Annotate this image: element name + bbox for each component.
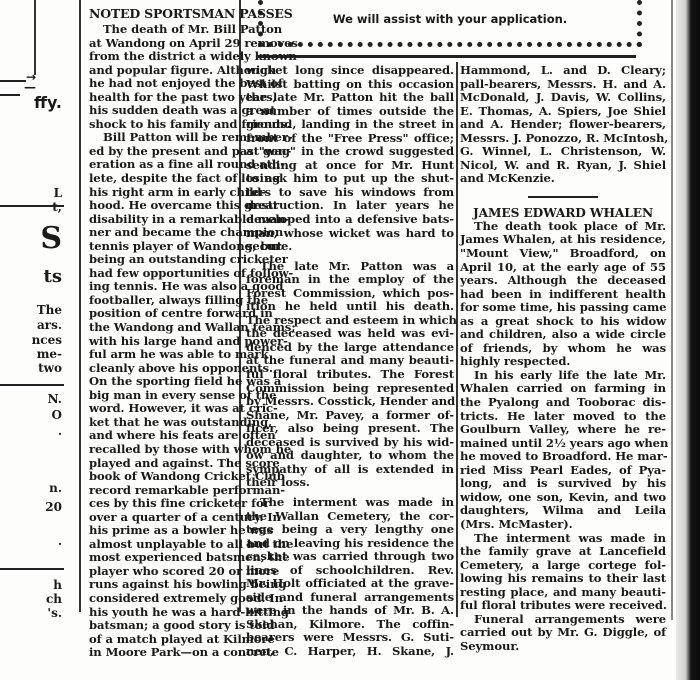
- text-fragment: n.: [49, 481, 62, 495]
- text-line: position of centre forward in: [89, 307, 239, 321]
- paragraph: The interment was made inthe Wallan Ceme…: [246, 496, 454, 659]
- text-line: ful arm he was able to mark: [89, 348, 239, 362]
- article-column-1: NOTED SPORTSMAN PASSES The death of Mr. …: [89, 6, 239, 660]
- text-line: lete, despite the fact of losing: [89, 172, 239, 186]
- text-line: book of Wandong Cricket Club: [89, 470, 239, 484]
- text-line: tricts. He later moved to the: [460, 410, 666, 424]
- text-line: highly respected.: [460, 355, 666, 369]
- text-line: Whilst batting on this occasion: [246, 78, 454, 92]
- arrow-rule: [0, 80, 26, 82]
- text-line: Seymour.: [460, 640, 666, 654]
- text-line: record remarkable performan-: [89, 484, 239, 498]
- text-line: ful floral tributes were received.: [460, 599, 666, 613]
- text-line: Skehan, Kilmore. The coffin-: [246, 618, 454, 632]
- text-line: tege being a very lengthy one: [246, 523, 454, 537]
- text-line: of a match played at Kilmore: [89, 633, 239, 647]
- text-fragment: ars.: [37, 318, 62, 332]
- text-line: ried Miss Pearl Eades, of Pya-: [460, 464, 666, 478]
- text-line: batsman; a good story is told: [89, 619, 239, 633]
- text-line: played and against. The score: [89, 457, 239, 471]
- text-fragment: ch: [46, 592, 62, 606]
- text-line: The death of Mr. Bill Patton: [89, 23, 239, 37]
- text-line: denced by the large attendance: [246, 341, 454, 355]
- text-fragment: 's.: [47, 606, 62, 620]
- text-line: ner and became the champion: [89, 226, 239, 240]
- text-line: bearers were Messrs. G. Suti-: [246, 631, 454, 645]
- text-line: sending at once for Mr. Hunt: [246, 159, 454, 173]
- text-line: The respect and esteem in which: [246, 314, 454, 328]
- text-line: ed by the present and past gen-: [89, 145, 239, 159]
- text-fragment: ts: [44, 270, 62, 284]
- text-fragment: The: [37, 303, 62, 317]
- text-line: word. However, it was at cric-: [89, 402, 239, 416]
- text-fragment: 20: [45, 500, 62, 514]
- article-column-3: Hammond, L. and D. Cleary;pall-bearers, …: [460, 64, 666, 653]
- paragraph: wicket long since disappeared.Whilst bat…: [246, 64, 454, 254]
- text-line: long, and is survived by his: [460, 477, 666, 491]
- text-line: The interment was made in: [246, 496, 454, 510]
- column-rule: [456, 62, 458, 617]
- text-line: his youth he was a hard-hitting: [89, 606, 239, 620]
- text-line: a number of times outside the: [246, 105, 454, 119]
- text-line: health for the past two years,: [89, 91, 239, 105]
- text-line: Cemetery, a large cortege fol-: [460, 559, 666, 573]
- text-line: pall-bearers, Messrs. H. and A.: [460, 78, 666, 92]
- text-line: ing tennis. He was also a good: [89, 280, 239, 294]
- text-line: Whalen carried on farming in: [460, 382, 666, 396]
- paragraph: The interment was made inthe family grav…: [460, 532, 666, 613]
- text-fragment: N.: [48, 392, 62, 406]
- text-fragment: me-: [37, 347, 62, 361]
- rule: [0, 568, 64, 570]
- text-line: in Moore Park—on a concrete: [89, 646, 239, 660]
- text-line: the Wallan Cemetery, the cor-: [246, 510, 454, 524]
- text-line: his prime as a bowler he was: [89, 524, 239, 538]
- text-line: nen, C. Harper, H. Skane, J.: [246, 645, 454, 659]
- text-line: ground, landing in the street in: [246, 118, 454, 132]
- text-line: wicket long since disappeared.: [246, 64, 454, 78]
- text-line: the family grave at Lancefield: [460, 545, 666, 559]
- text-line: considered extremely good. In: [89, 592, 239, 606]
- text-line: ition he held until his death.: [246, 300, 454, 314]
- article-continuation: Hammond, L. and D. Cleary;pall-bearers, …: [460, 64, 666, 186]
- text-line: In his early life the late Mr.: [460, 369, 666, 383]
- text-line: and children, also a wide circle: [460, 328, 666, 342]
- text-line: side and funeral arrangements: [246, 591, 454, 605]
- article-body: The death took place of Mr.James Whalen,…: [460, 220, 666, 654]
- text-line: ow and daughter, to whom the: [246, 449, 454, 463]
- article-column-2: wicket long since disappeared.Whilst bat…: [246, 64, 454, 659]
- text-line: and A. Hender; flower-bearers,: [460, 118, 666, 132]
- text-fragment: .: [58, 534, 62, 548]
- text-fragment: S: [40, 232, 62, 246]
- text-line: at Wandong on April 29 removes: [89, 37, 239, 51]
- text-line: being an outstanding cricketer: [89, 253, 239, 267]
- text-line: The late Mr. Patton was a: [246, 260, 454, 274]
- text-line: ket that he was outstanding,: [89, 416, 239, 430]
- text-line: Shane, Mr. Pavey, a former of-: [246, 409, 454, 423]
- text-line: player who scored 20 or more: [89, 565, 239, 579]
- text-line: most experienced batsmen, the: [89, 551, 239, 565]
- text-line: over a quarter of a century. In: [89, 511, 239, 525]
- text-line: Goulburn Valley, where he re-: [460, 423, 666, 437]
- text-line: the deceased was held was evi-: [246, 327, 454, 341]
- column-rule: [671, 0, 673, 620]
- text-line: the Pyalong and Tooborac dis-: [460, 396, 666, 410]
- text-line: sympathy of all is extended in: [246, 463, 454, 477]
- text-line: James Whalen, at his residence,: [460, 233, 666, 247]
- text-line: recalled by those with whom he: [89, 443, 239, 457]
- text-line: lines of schoolchildren. Rev.: [246, 564, 454, 578]
- text-line: years. Although the deceased: [460, 274, 666, 288]
- text-line: had few opportunities of follow-: [89, 267, 239, 281]
- text-line: Commission being represented: [246, 382, 454, 396]
- text-line: destruction. In later years he: [246, 199, 454, 213]
- text-line: "Mount View," Broadford, on: [460, 247, 666, 261]
- section-rule: [258, 55, 636, 58]
- paragraph: The death of Mr. Bill Pattonat Wandong o…: [89, 23, 239, 131]
- text-line: the Wandong and Wallan teams;: [89, 321, 239, 335]
- text-line: carried out by Mr. G. Diggle, of: [460, 626, 666, 640]
- text-fragment: O: [52, 408, 62, 422]
- text-line: runs against his bowling being: [89, 578, 239, 592]
- text-line: their loss.: [246, 476, 454, 490]
- text-line: cleanly above his opponents.: [89, 362, 239, 376]
- text-line: his sudden death was a great: [89, 104, 239, 118]
- advertisement-box: We will assist with your application.: [258, 0, 642, 47]
- article-separator-rule: [528, 196, 598, 198]
- rule: [0, 205, 64, 207]
- text-line: On the sporting field he was a: [89, 375, 239, 389]
- text-fragment: nces: [32, 333, 62, 347]
- article-body: The death of Mr. Bill Pattonat Wandong o…: [89, 23, 239, 660]
- text-line: secure.: [246, 240, 454, 254]
- column-rule: [79, 0, 81, 612]
- text-line: and McKenzie.: [460, 172, 666, 186]
- text-line: he moved to Broadford. He mar-: [460, 450, 666, 464]
- paragraph: The death took place of Mr.James Whalen,…: [460, 220, 666, 369]
- text-line: developed into a defensive bats-: [246, 213, 454, 227]
- text-line: Mr. Holt officiated at the grave-: [246, 577, 454, 591]
- text-line: his right arm in early child-: [89, 186, 239, 200]
- text-line: Bill Patton will be remember-: [89, 131, 239, 145]
- text-line: McDonald, J. Davis, W. Collins,: [460, 91, 666, 105]
- text-line: The death took place of Mr.: [460, 220, 666, 234]
- headline-noted-sportsman: NOTED SPORTSMAN PASSES: [89, 6, 239, 22]
- text-line: at the funeral and many beauti-: [246, 354, 454, 368]
- text-line: almost unplayable to all but the: [89, 538, 239, 552]
- text-line: Forest Commission, which pos-: [246, 287, 454, 301]
- text-line: to ask him to put up the shut-: [246, 172, 454, 186]
- text-line: Funeral arrangements were: [460, 613, 666, 627]
- text-line: the late Mr. Patton hit the ball: [246, 91, 454, 105]
- paragraph: Bill Patton will be remember-ed by the p…: [89, 131, 239, 659]
- text-line: Hammond, L. and D. Cleary;: [460, 64, 666, 78]
- text-fragment: —: [24, 80, 36, 94]
- paragraph: The late Mr. Patton was aforeman in the …: [246, 260, 454, 490]
- text-fragment: two: [38, 361, 62, 375]
- text-line: of friends, by whom he was: [460, 342, 666, 356]
- column-rule: [34, 0, 36, 75]
- text-line: by Messrs. Cosstick, Hender and: [246, 395, 454, 409]
- text-line: Nicol, W. and R. Ryan, J. Shiel: [460, 159, 666, 173]
- text-line: (Mrs. McMaster).: [460, 518, 666, 532]
- text-line: ces by this fine cricketer for: [89, 497, 239, 511]
- text-line: disability in a remarkable man-: [89, 213, 239, 227]
- text-line: G. Winnel, L. Christenson, W.: [460, 145, 666, 159]
- text-line: lowing his remains to their last: [460, 572, 666, 586]
- text-line: front of the "Free Press" office;: [246, 132, 454, 146]
- text-line: foreman in the employ of the: [246, 273, 454, 287]
- text-line: man, whose wicket was hard to: [246, 227, 454, 241]
- text-fragment: .: [58, 424, 62, 438]
- text-line: eration as a fine all round ath-: [89, 158, 239, 172]
- text-line: ful floral tributes. The Forest: [246, 368, 454, 382]
- text-line: and on leaving his residence the: [246, 537, 454, 551]
- text-fragment: t,: [52, 200, 62, 214]
- text-fragment: h: [53, 578, 62, 592]
- text-line: a "wag" in the crowd suggested: [246, 145, 454, 159]
- text-fragment: L: [54, 186, 62, 200]
- text-line: casket was carried through two: [246, 550, 454, 564]
- text-line: daughters, Wilma and Leila: [460, 504, 666, 518]
- text-line: from the district a widely known: [89, 50, 239, 64]
- text-line: had been in indifferent health: [460, 288, 666, 302]
- text-line: deceased is survived by his wid-: [246, 436, 454, 450]
- page-edge-shadow: [676, 0, 700, 680]
- text-line: widow, one son, Kevin, and two: [460, 491, 666, 505]
- rule: [0, 384, 64, 386]
- text-line: hood. He overcame this great: [89, 199, 239, 213]
- headline-james-edward-whalen: JAMES EDWARD WHALEN: [460, 206, 666, 220]
- text-line: for some time, his passing came: [460, 301, 666, 315]
- text-line: Messrs. J. Ponozzo, R. McIntosh,: [460, 132, 666, 146]
- text-line: tennis player of Wandong, but: [89, 240, 239, 254]
- text-line: and where his feats are often: [89, 429, 239, 443]
- text-line: with his large hand and power-: [89, 335, 239, 349]
- text-line: big man in every sense of the: [89, 389, 239, 403]
- text-line: The interment was made in: [460, 532, 666, 546]
- adjacent-column-fragment: →—ffy.Lt,StsThears.ncesme-twoN.O.n.20.hc…: [0, 0, 66, 612]
- text-line: resting place, and many beauti-: [460, 586, 666, 600]
- paragraph: Hammond, L. and D. Cleary;pall-bearers, …: [460, 64, 666, 186]
- text-line: were in the hands of Mr. B. A.: [246, 604, 454, 618]
- text-line: April 10, at the early age of 55: [460, 261, 666, 275]
- paragraph: In his early life the late Mr.Whalen car…: [460, 369, 666, 532]
- text-line: ficer, also being present. The: [246, 422, 454, 436]
- rule: [0, 94, 20, 96]
- text-line: ters to save his windows from: [246, 186, 454, 200]
- text-line: shock to his family and friends.: [89, 118, 239, 132]
- text-line: and popular figure. Although: [89, 64, 239, 78]
- paragraph: Funeral arrangements werecarried out by …: [460, 613, 666, 654]
- text-line: footballer, always filling the: [89, 294, 239, 308]
- text-line: mained until 2½ years ago when: [460, 437, 666, 451]
- text-line: he had not enjoyed the best of: [89, 77, 239, 91]
- text-line: as a great shock to his widow: [460, 315, 666, 329]
- text-line: E. Thomas, A. Spiers, Joe Shiel: [460, 105, 666, 119]
- advertisement-text: We will assist with your application.: [263, 12, 637, 26]
- text-fragment: ffy.: [34, 96, 62, 110]
